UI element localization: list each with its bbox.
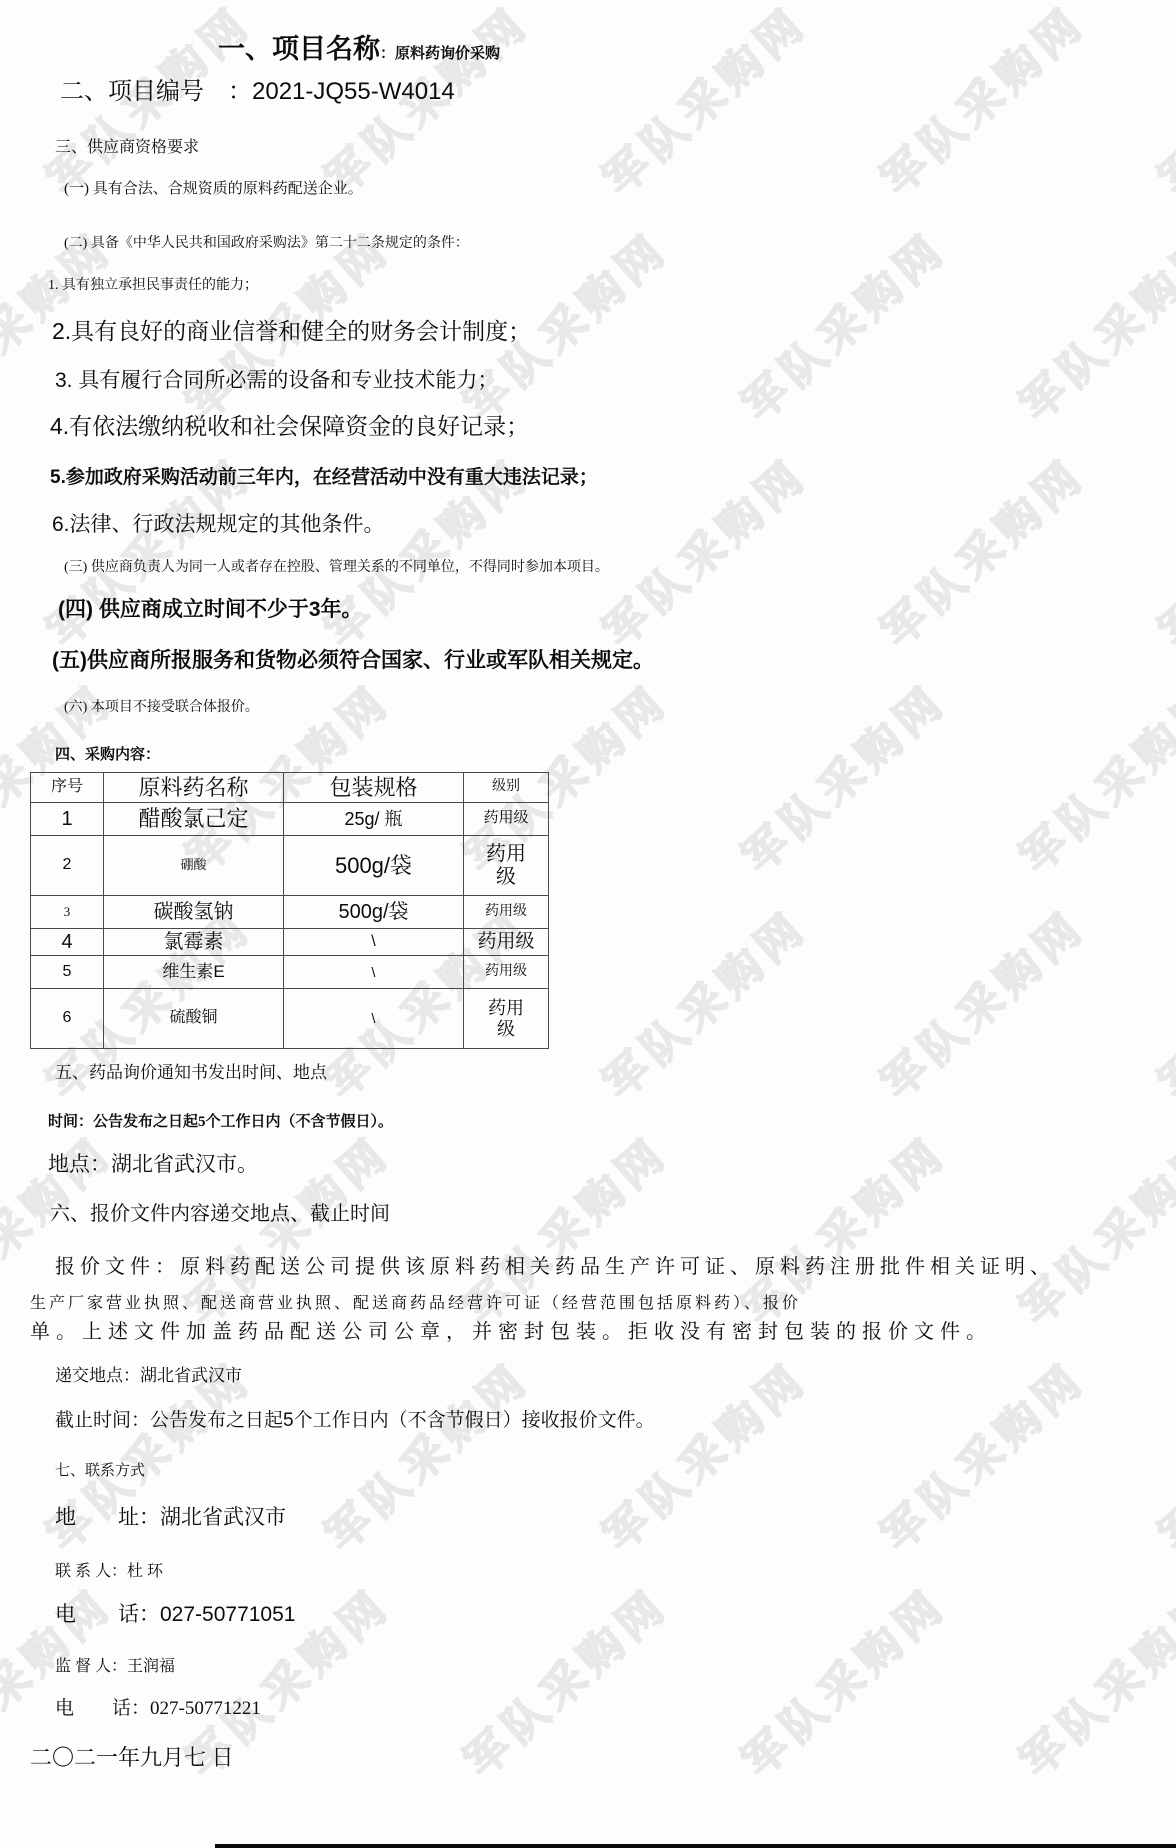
- col-header-seq: 序号: [31, 773, 104, 803]
- cell-spec: 500g/袋: [284, 836, 464, 896]
- condition-4: 4.有依法缴纳税收和社会保障资金的良好记录；: [50, 413, 529, 441]
- watermark-text: 军队采购网: [447, 1571, 679, 1789]
- cell-seq: 5: [31, 956, 104, 989]
- section6-place: 递交地点：湖北省武汉市: [55, 1366, 242, 1386]
- cell-grade: 药用 级: [464, 836, 549, 896]
- cell-seq: 6: [31, 989, 104, 1049]
- quote-docs-line1: 报价文件：原料药配送公司提供该原料药相关药品生产许可证、原料药注册批件相关证明、: [55, 1255, 1055, 1279]
- table-row: 3 碳酸氢钠 500g/袋 药用级: [31, 896, 549, 929]
- section6-heading: 六、报价文件内容递交地点、截止时间: [50, 1202, 390, 1226]
- cell-name: 氯霉素: [104, 929, 284, 956]
- section1-heading: 一、项目名称: [218, 34, 380, 64]
- contact-address: 地 址：湖北省武汉市: [55, 1505, 286, 1530]
- procurement-table: 序号 原料药名称 包装规格 级别 1 醋酸氯己定 25g/ 瓶 药用级 2 硼酸…: [30, 772, 549, 1049]
- watermark-text: 军队采购网: [586, 441, 818, 659]
- watermark-text: 军队采购网: [1142, 893, 1176, 1111]
- cell-name: 硼酸: [104, 836, 284, 896]
- cell-seq: 2: [31, 836, 104, 896]
- cell-spec: 500g/袋: [284, 896, 464, 929]
- section6-deadline: 截止时间：公告发布之日起5个工作日内（不含节假日）接收报价文件。: [55, 1410, 655, 1433]
- table-header-row: 序号 原料药名称 包装规格 级别: [31, 773, 549, 803]
- section5-time: 时间：公告发布之日起5个工作日内（不含节假日）。: [48, 1113, 393, 1131]
- condition-3: 3. 具有履行合同所必需的设备和专业技术能力；: [55, 368, 498, 393]
- watermark-text: 军队采购网: [1142, 0, 1176, 207]
- cell-name: 维生素E: [104, 956, 284, 989]
- watermark-text: 军队采购网: [864, 893, 1096, 1111]
- watermark-text: 军队采购网: [586, 0, 818, 207]
- cell-spec: \: [284, 989, 464, 1049]
- watermark-text: 军队采购网: [725, 215, 957, 433]
- table-row: 6 硫酸铜 \ 药用 级: [31, 989, 549, 1049]
- supervisor-person: 监 督 人：王润福: [55, 1657, 175, 1676]
- cell-seq: 3: [31, 896, 104, 929]
- watermark-text: 军队采购网: [725, 1571, 957, 1789]
- watermark-text: 军队采购网: [864, 1345, 1096, 1563]
- cell-seq: 1: [31, 803, 104, 836]
- col-header-name: 原料药名称: [104, 773, 284, 803]
- section1-value: ：原料药询价采购: [380, 46, 500, 62]
- cell-name: 醋酸氯己定: [104, 803, 284, 836]
- qualification-item-2: (二) 具备《中华人民共和国政府采购法》第二十二条规定的条件：: [64, 236, 469, 253]
- table-row: 2 硼酸 500g/袋 药用 级: [31, 836, 549, 896]
- condition-5: 5.参加政府采购活动前三年内，在经营活动中没有重大违法记录；: [50, 467, 598, 490]
- watermark-text: 军队采购网: [1003, 1571, 1176, 1789]
- col-header-grade: 级别: [464, 773, 549, 803]
- cell-grade: 药用级: [464, 929, 549, 956]
- watermark-text: 军队采购网: [864, 441, 1096, 659]
- cell-seq: 4: [31, 929, 104, 956]
- watermark-text: 军队采购网: [725, 667, 957, 885]
- watermark-text: 军队采购网: [864, 0, 1096, 207]
- watermark-text: 军队采购网: [586, 893, 818, 1111]
- bottom-bar: [215, 1844, 1176, 1848]
- cell-name: 硫酸铜: [104, 989, 284, 1049]
- condition-6: 6.法律、行政法规规定的其他条件。: [52, 512, 385, 537]
- watermark-text: 军队采购网: [1003, 215, 1176, 433]
- cell-spec: \: [284, 929, 464, 956]
- table-row: 5 维生素E \ 药用级: [31, 956, 549, 989]
- watermark-text: 军队采购网: [1003, 667, 1176, 885]
- project-number-line: 二、项目编号 ：2021-JQ55-W4014: [60, 78, 455, 107]
- cell-grade: 药用级: [464, 896, 549, 929]
- cell-grade: 药用 级: [464, 989, 549, 1049]
- contact-person: 联 系 人：杜 环: [55, 1562, 163, 1581]
- supervisor-phone: 电 话：027-50771221: [55, 1698, 261, 1721]
- section5-place: 地点：湖北省武汉市。: [48, 1152, 258, 1177]
- cell-grade: 药用级: [464, 803, 549, 836]
- qualification-item-1: (一) 具有合法、合规资质的原料药配送企业。: [64, 180, 363, 198]
- condition-1: 1. 具有独立承担民事责任的能力；: [48, 278, 258, 295]
- condition-2: 2.具有良好的商业信誉和健全的财务会计制度；: [52, 318, 531, 346]
- qualification-item-4: (四) 供应商成立时间不少于3年。: [58, 597, 363, 622]
- watermark-text: 军队采购网: [1003, 1119, 1176, 1337]
- cell-spec: \: [284, 956, 464, 989]
- watermark-text: 军队采购网: [586, 1345, 818, 1563]
- document-page: 军队采购网军队采购网军队采购网军队采购网军队采购网军队采购网军队采购网军队采购网…: [0, 0, 1176, 1848]
- section3-heading: 三、供应商资格要求: [55, 138, 199, 157]
- watermark-text: 军队采购网: [308, 1345, 540, 1563]
- section7-heading: 七、联系方式: [55, 1462, 145, 1480]
- contact-phone: 电 话：027-50771051: [55, 1602, 295, 1627]
- cell-spec: 25g/ 瓶: [284, 803, 464, 836]
- section4-heading: 四、采购内容：: [55, 746, 160, 764]
- cell-name: 碳酸氢钠: [104, 896, 284, 929]
- cell-grade: 药用级: [464, 956, 549, 989]
- section5-heading: 五、药品询价通知书发出时间、地点: [55, 1063, 327, 1083]
- watermark-text: 军队采购网: [1142, 1345, 1176, 1563]
- col-header-spec: 包装规格: [284, 773, 464, 803]
- qualification-item-5: (五)供应商所报服务和货物必须符合国家、行业或军队相关规定。: [52, 648, 654, 673]
- table-row: 1 醋酸氯己定 25g/ 瓶 药用级: [31, 803, 549, 836]
- quote-docs-line3: 单。上述文件加盖药品配送公司公章，并密封包装。拒收没有密封包装的报价文件。: [30, 1320, 992, 1344]
- table-row: 4 氯霉素 \ 药用级: [31, 929, 549, 956]
- document-date: 二〇二一年九月七 日: [30, 1745, 234, 1771]
- section1-title-line: 一、项目名称：原料药询价采购: [218, 33, 500, 65]
- qualification-item-6: (六) 本项目不接受联合体报价。: [64, 700, 259, 717]
- watermark-text: 军队采购网: [1142, 441, 1176, 659]
- qualification-item-3: (三) 供应商负责人为同一人或者存在控股、管理关系的不同单位，不得同时参加本项目…: [64, 560, 609, 577]
- quote-docs-line2: 生产厂家营业执照、配送商营业执照、配送商药品经营许可证（经营范围包括原料药）、报…: [30, 1294, 801, 1313]
